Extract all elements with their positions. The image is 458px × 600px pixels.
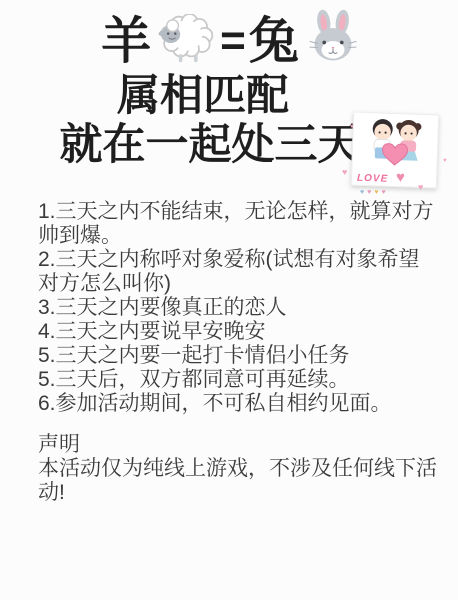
rule-item: 2.三天之内称呼对象爱称(试想有对象希望对方怎么叫你) [38,248,440,296]
rabbit-char: 兔 [249,16,299,66]
rabbit-icon [309,8,357,72]
heart-icon: ♥ [381,189,388,196]
page-subtitle: 就在一起处三天 [0,120,406,170]
heart-icon: ♥ [350,124,354,130]
love-label: LOVE [357,173,389,185]
polaroid-frame: LOVE [351,112,440,189]
rule-item: 1.三天之内不能结束，无论怎样，就算对方帅到爆。 [38,200,440,248]
rule-item: 6.参加活动期间，不可私自相约见面。 [38,392,440,416]
statement-heading: 声明 [38,433,440,457]
heart-icon: ♥ [396,170,405,185]
statement-body: 本活动仅为纯线上游戏，不涉及任何线下活动! [38,457,440,505]
sheep-icon [157,14,215,72]
equals-sign: = [220,19,246,63]
heart-icon: ♥ [418,183,423,192]
rule-item: 3.三天之内要像真正的恋人 [38,296,440,320]
couple-illustration [357,116,433,173]
rules-list: 1.三天之内不能结束，无论怎样，就算对方帅到爆。 2.三天之内称呼对象爱称(试想… [38,200,440,416]
heart-icon: ♥ [443,158,447,164]
rule-item: 5.三天之内要一起打卡情侣小任务 [38,344,440,368]
tiny-decoration-row: ♥♥♥♥ [360,189,389,196]
statement-section: 声明 本活动仅为纯线上游戏，不涉及任何线下活动! [38,433,440,505]
couple-love-sticker: LOVE ♥♥♥♥ ♥ ♥ ♥ ♥ ♥ [348,110,452,206]
rule-item: 5.三天后，双方都同意可再延续。 [38,368,440,392]
header: 羊 [0,0,458,170]
rule-item: 4.三天之内要说早安晚安 [38,320,440,344]
page-title: 属相匹配 [0,73,406,120]
sheep-char: 羊 [101,16,151,66]
title-line-1: 羊 [0,12,458,70]
heart-icon: ♥ [342,168,347,177]
page-root: 羊 [0,0,458,600]
